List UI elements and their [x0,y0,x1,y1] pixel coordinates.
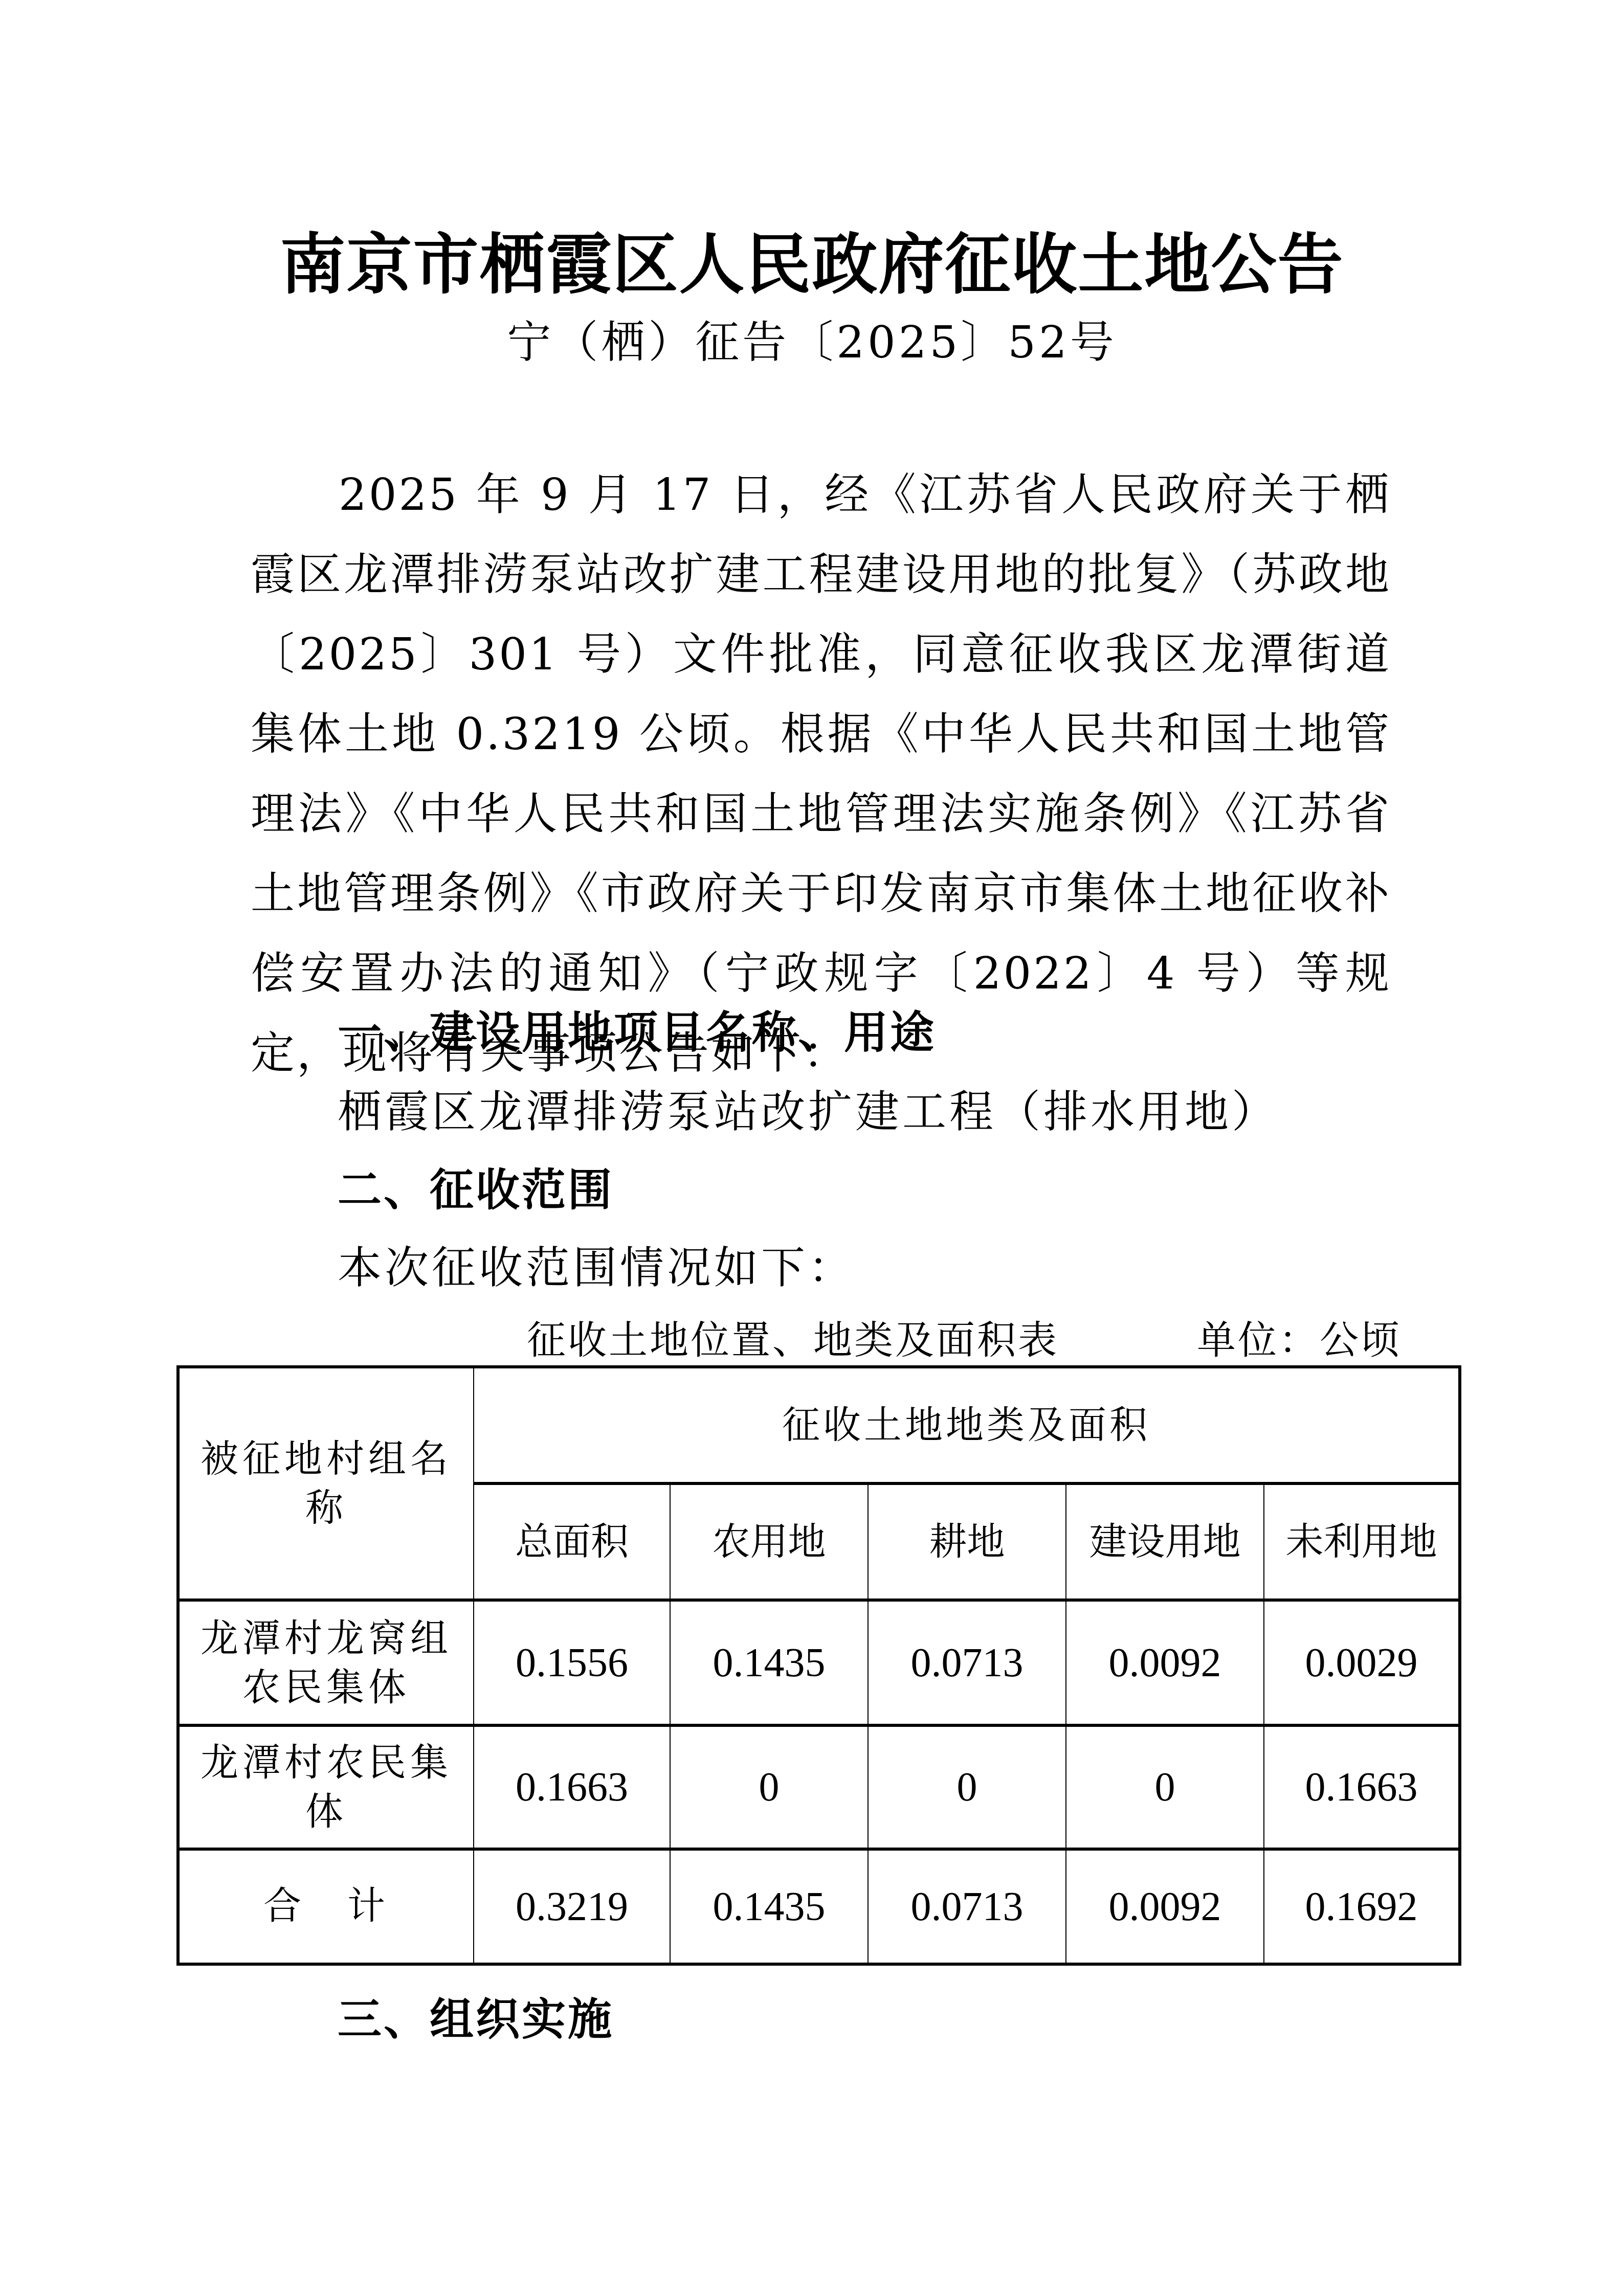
cell-value: 0.0713 [868,1600,1066,1725]
table-row-total: 合 计 0.3219 0.1435 0.0713 0.0092 0.1692 [178,1849,1460,1964]
land-area-table: 被征地村组名称 征收土地地类及面积 总面积 农用地 耕地 建设用地 未利用地 龙… [176,1365,1461,1966]
cell-value: 0.0092 [1066,1849,1264,1964]
cell-value: 0.1692 [1264,1849,1460,1964]
column-header: 建设用地 [1066,1483,1264,1600]
cell-value: 0.1556 [474,1600,670,1725]
page-title: 南京市栖霞区人民政府征收土地公告 [0,212,1624,306]
section-2-heading: 二、征收范围 [338,1155,614,1218]
column-header: 未利用地 [1264,1483,1460,1600]
cell-value: 0 [670,1725,868,1849]
column-header: 耕地 [868,1483,1066,1600]
column-header: 总面积 [474,1483,670,1600]
cell-value: 0.0092 [1066,1600,1264,1725]
table-row: 龙潭村农民集体 0.1663 0 0 0 0.1663 [178,1725,1460,1849]
cell-value: 0 [1066,1725,1264,1849]
section-2-body: 本次征收范围情况如下： [338,1232,855,1296]
cell-value: 0.1663 [1264,1725,1460,1849]
row-name: 龙潭村农民集体 [178,1725,474,1849]
document-number: 宁（栖）征告〔2025〕52号 [0,307,1624,370]
row-header-cell: 被征地村组名称 [178,1367,474,1600]
section-1-body: 栖霞区龙潭排涝泵站改扩建工程（排水用地） [338,1076,1279,1140]
cell-value: 0 [868,1725,1066,1849]
table-row: 龙潭村龙窝组农民集体 0.1556 0.1435 0.0713 0.0092 0… [178,1600,1460,1725]
table-unit: 单位：公顷 [1197,1309,1401,1365]
cell-value: 0.3219 [474,1849,670,1964]
cell-value: 0.1663 [474,1725,670,1849]
cell-value: 0.0713 [868,1849,1066,1964]
cell-value: 0.0029 [1264,1600,1460,1725]
cell-value: 0.1435 [670,1600,868,1725]
cell-value: 0.1435 [670,1849,868,1964]
row-name: 龙潭村龙窝组农民集体 [178,1600,474,1725]
column-header: 农用地 [670,1483,868,1600]
row-name: 合 计 [178,1849,474,1964]
group-header-cell: 征收土地地类及面积 [474,1367,1460,1483]
section-1-heading: 一、建设用地项目名称、用途 [338,997,936,1061]
section-3-heading: 三、组织实施 [338,1984,614,2047]
table-caption: 征收土地位置、地类及面积表 [527,1309,1059,1365]
